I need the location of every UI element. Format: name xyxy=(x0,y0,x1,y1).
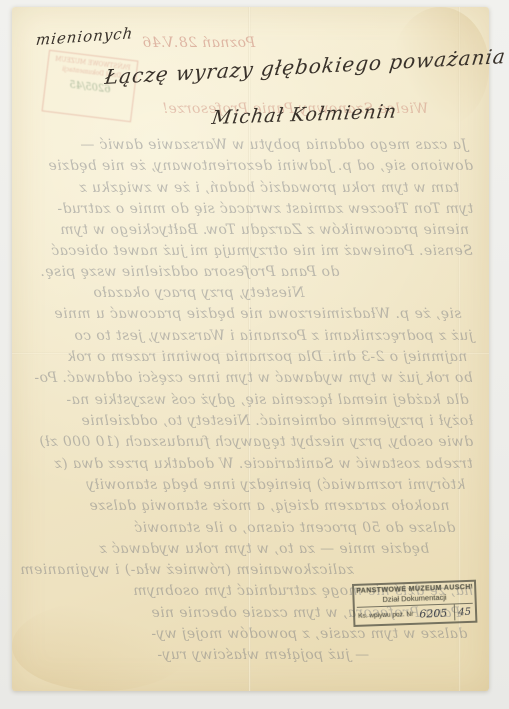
museum-accession-stamp: PAŃSTWOWE MUZEUM AUSCHWITZ Dział Dokumen… xyxy=(352,580,477,627)
stamp-accession-number-handwritten: 6205 xyxy=(413,606,453,620)
handwritten-top-left-word: mienionych xyxy=(35,24,134,49)
stamp-accession-row: Ks. wpływu poz. Nr 6205 45 xyxy=(357,603,474,624)
stamp-year-handwritten: 45 xyxy=(456,606,473,618)
bleed-through-line: tam w tym roku prowadzić badań, i że w z… xyxy=(79,180,459,196)
scanned-letter-page: { "document": { "kind": "scanned handwri… xyxy=(0,0,509,709)
bleed-through-line: już z podręcznikami z Poznania i Warszaw… xyxy=(74,328,473,344)
bleed-through-line: dalsze w tym czasie, z powodów mojej wy- xyxy=(151,626,467,642)
bleed-through-line: tym Ton Tłoczew zamiast zwracać się do m… xyxy=(57,201,473,217)
bleed-through-line: Sensie. Ponieważ mi nie otrzymują mi już… xyxy=(51,243,473,259)
bleed-through-line: naokoło zarazem dzieją, a może stanowią … xyxy=(89,498,449,514)
stamp-accession-label: Ks. wpływu poz. Nr xyxy=(357,610,413,619)
bleed-through-line: nienie pracowników z Zarządu Tow. Bałtyc… xyxy=(60,222,469,238)
bleed-through-line: Niestety, przy pracy okazało xyxy=(93,285,304,301)
bleed-through-line: dowiono się, od p. Jadwini dezorientowan… xyxy=(48,158,473,174)
bleed-through-line: bo rok już w tym wydawać w tym inne częś… xyxy=(34,370,473,386)
handwritten-top-left-word-text: mienionych xyxy=(35,24,134,49)
bleed-through-line: zaliczkowaniem (również wła-) i wyginani… xyxy=(20,562,354,578)
bleed-through-line: się, że p. Władzimierzowa nie będzie pra… xyxy=(54,306,461,322)
bleed-through-line: będzie mnie — za to, w tym roku wydawać … xyxy=(99,541,429,557)
bleed-through-line: do Pana Profesora oddzielnie wszę pisę. xyxy=(40,264,339,280)
bleed-through-line: trzeba zostawić w Sanitariacie. W dodatk… xyxy=(54,456,473,472)
bleed-through-line: — już pojąłem właściwy ruy- xyxy=(157,647,369,663)
bleed-through-line: łożył i przyjemnie odmieniać. Niestety t… xyxy=(81,413,473,429)
bleed-through-line: którymi rozmawiać) pieniędzy inne będą s… xyxy=(86,477,465,493)
bleed-through-line: dalsze do 50 procent ciasno, o ile stano… xyxy=(134,520,455,536)
letter-paper: PAŃSTWOWE MUZEUM Dział Dokumentacji 6205… xyxy=(12,7,489,691)
bleed-through-line: dwie osoby, przy niezbyt tęgawych fundus… xyxy=(39,434,473,450)
bleed-through-line: najmniej o 2-3 dni. Dla poznania powinni… xyxy=(67,349,467,365)
bleed-date-line: Poznań 28.V.46 xyxy=(142,35,255,51)
bleed-through-line: dla każdej niemal łączenia się, gdyż coś… xyxy=(66,392,469,408)
bleed-through-line: Ja czas mego oddania pobytu w Warszawie … xyxy=(80,137,467,153)
